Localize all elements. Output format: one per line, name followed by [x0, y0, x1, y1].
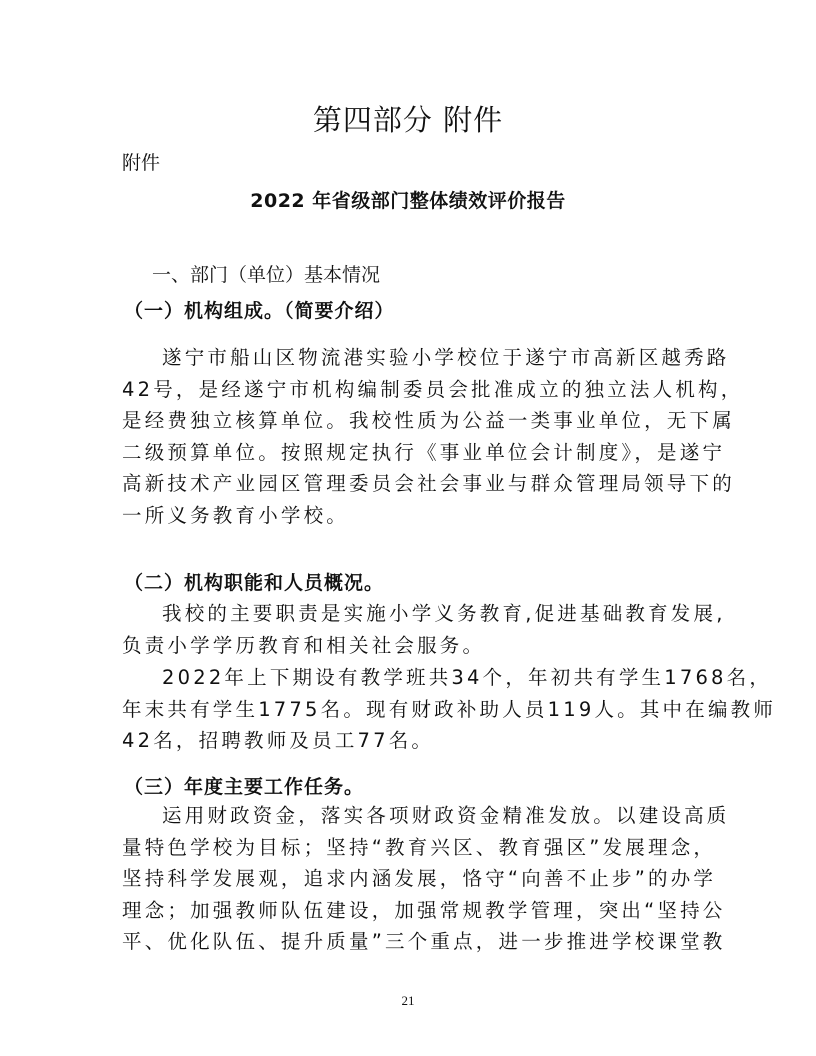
attachment-label: 附件	[122, 148, 160, 175]
paragraph-annual-tasks: 运用财政资金，落实各项财政资金精准发放。以建设高质 量特色学校为目标；坚持“教育…	[122, 800, 694, 958]
document-page: 第四部分 附件 附件 2022 年省级部门整体绩效评价报告 一、部门（单位）基本…	[0, 0, 816, 1056]
subsection-heading-functions-staff: （二）机构职能和人员概况。	[124, 568, 384, 595]
subsection-heading-organization: （一）机构组成。（简要介绍）	[124, 296, 395, 323]
text-line: 2022年上下期设有教学班共34个，年初共有学生1768名，	[122, 662, 694, 694]
text-line: 42号，是经遂宁市机构编制委员会批准成立的独立法人机构，	[122, 374, 694, 406]
report-title: 2022 年省级部门整体绩效评价报告	[0, 186, 816, 213]
text-line: 二级预算单位。按照规定执行《事业单位会计制度》，是遂宁	[122, 437, 694, 469]
text-line: 负责小学学历教育和相关社会服务。	[122, 630, 694, 662]
page-number: 21	[0, 993, 816, 1009]
text-line: 平、优化队伍、提升质量”三个重点，进一步推进学校课堂教	[122, 926, 694, 958]
text-line: 量特色学校为目标；坚持“教育兴区、教育强区”发展理念，	[122, 832, 694, 864]
text-line: 年末共有学生1775名。现有财政补助人员119人。其中在编教师	[122, 694, 694, 726]
text-line: 理念；加强教师队伍建设，加强常规教学管理，突出“坚持公	[122, 895, 694, 927]
text-line: 我校的主要职责是实施小学义务教育,促进基础教育发展,	[122, 598, 694, 630]
text-line: 运用财政资金，落实各项财政资金精准发放。以建设高质	[122, 800, 694, 832]
paragraph-organization: 遂宁市船山区物流港实验小学校位于遂宁市高新区越秀路 42号，是经遂宁市机构编制委…	[122, 342, 694, 531]
subsection-heading-annual-tasks: （三）年度主要工作任务。	[124, 772, 364, 799]
paragraph-staff: 2022年上下期设有教学班共34个，年初共有学生1768名， 年末共有学生177…	[122, 662, 694, 757]
text-line: 是经费独立核算单位。我校性质为公益一类事业单位，无下属	[122, 405, 694, 437]
part-title: 第四部分 附件	[0, 98, 816, 139]
text-line: 坚持科学发展观，追求内涵发展，恪守“向善不止步”的办学	[122, 863, 694, 895]
paragraph-functions: 我校的主要职责是实施小学义务教育,促进基础教育发展, 负责小学学历教育和相关社会…	[122, 598, 694, 661]
text-line: 遂宁市船山区物流港实验小学校位于遂宁市高新区越秀路	[122, 342, 694, 374]
text-line: 高新技术产业园区管理委员会社会事业与群众管理局领导下的	[122, 468, 694, 500]
text-line: 42名，招聘教师及员工77名。	[122, 725, 694, 757]
text-line: 一所义务教育小学校。	[122, 500, 694, 532]
section-heading-basic-info: 一、部门（单位）基本情况	[152, 260, 380, 287]
